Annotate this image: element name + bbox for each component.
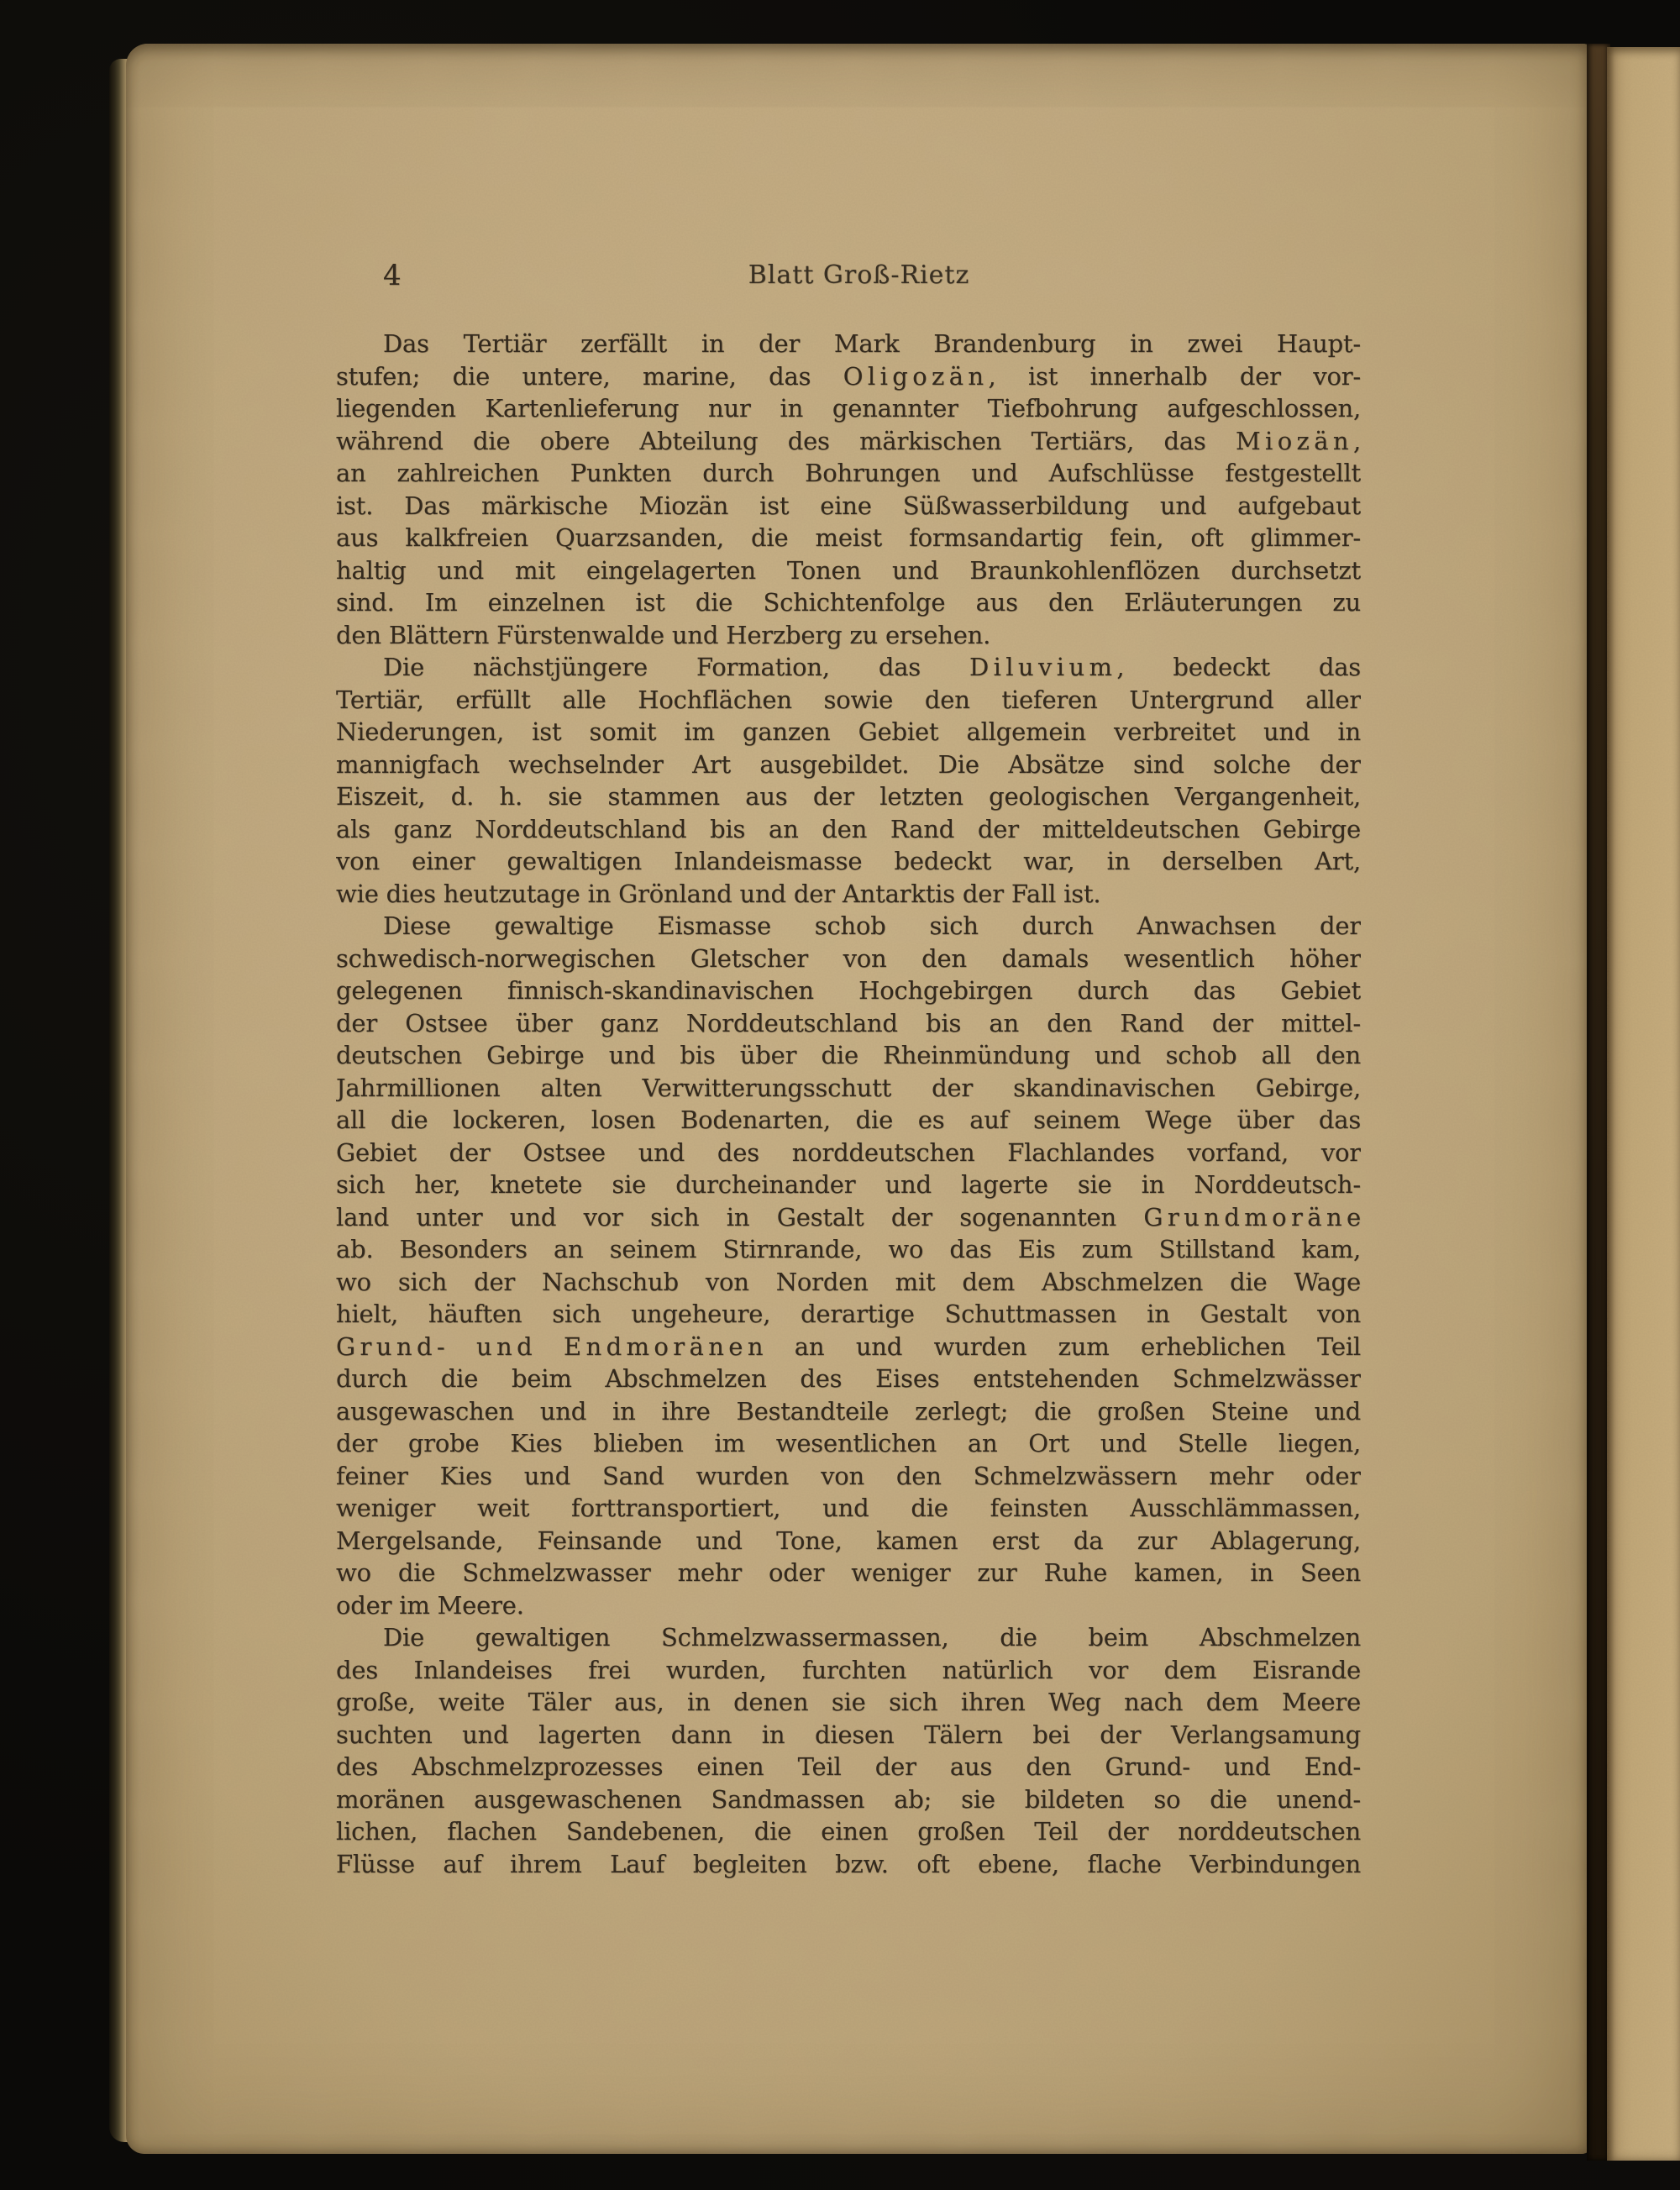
text-line: aus kalkfreien Quarzsanden, die meist fo…	[336, 522, 1361, 554]
text-line: haltig und mit eingelagerten Tonen und B…	[336, 554, 1361, 587]
text-line: Die nächstjüngere Formation, das D i l u…	[336, 651, 1361, 684]
text-line: Die gewaltigen Schmelzwassermassen, die …	[336, 1621, 1361, 1654]
text-line: suchten und lagerten dann in diesen Täle…	[336, 1719, 1361, 1751]
text-line: hielt, häuften sich ungeheure, derartige…	[336, 1298, 1361, 1331]
text-line: der Ostsee über ganz Norddeutschland bis…	[336, 1007, 1361, 1040]
text-line: der grobe Kies blieben im wesentlichen a…	[336, 1427, 1361, 1460]
text-line: mannigfach wechselnder Art ausgebildet. …	[336, 748, 1361, 781]
text-line: oder im Meere.	[336, 1589, 1361, 1622]
text-line: Flüsse auf ihrem Lauf begleiten bzw. oft…	[336, 1848, 1361, 1881]
text-line: den Blättern Fürstenwalde und Herzberg z…	[336, 619, 1361, 652]
text-line: ist. Das märkische Miozän ist eine Süßwa…	[336, 490, 1361, 523]
text-line: moränen ausgewaschenen Sandmassen ab; si…	[336, 1783, 1361, 1816]
text-line: Niederungen, ist somit im ganzen Gebiet …	[336, 716, 1361, 748]
text-line: Jahrmillionen alten Verwitterungsschutt …	[336, 1072, 1361, 1105]
text-line: Das Tertiär zerfällt in der Mark Branden…	[336, 328, 1361, 360]
text-line: sind. Im einzelnen ist die Schichtenfolg…	[336, 586, 1361, 619]
text-line: weniger weit forttransportiert, und die …	[336, 1492, 1361, 1525]
text-line: lichen, flachen Sandebenen, die einen gr…	[336, 1815, 1361, 1848]
text-line: Gebiet der Ostsee und des norddeutschen …	[336, 1137, 1361, 1169]
text-line: land unter und vor sich in Gestalt der s…	[336, 1201, 1361, 1234]
text-line: Tertiär, erfüllt alle Hochflächen sowie …	[336, 684, 1361, 717]
text-line: G r u n d - u n d E n d m o r ä n e n an…	[336, 1331, 1361, 1363]
text-line: Diese gewaltige Eismasse schob sich durc…	[336, 910, 1361, 943]
text-line: als ganz Norddeutschland bis an den Rand…	[336, 813, 1361, 846]
text-line: Mergelsande, Feinsande und Tone, kamen e…	[336, 1525, 1361, 1557]
text-line: wie dies heutzutage in Grönland und der …	[336, 878, 1361, 911]
page-header: 4 Blatt Groß-Rietz	[126, 259, 1592, 296]
text-line: wo die Schmelzwasser mehr oder weniger z…	[336, 1557, 1361, 1589]
text-line: an zahlreichen Punkten durch Bohrungen u…	[336, 457, 1361, 490]
paper-grain-texture	[1607, 47, 1680, 2161]
text-line: gelegenen finnisch-skandinavischen Hochg…	[336, 974, 1361, 1007]
text-block: Das Tertiär zerfällt in der Mark Branden…	[336, 328, 1361, 1880]
book-page: 4 Blatt Groß-Rietz Das Tertiär zerfällt …	[126, 44, 1592, 2154]
text-line: stufen; die untere, marine, das O l i g …	[336, 360, 1361, 393]
text-line: sich her, knetete sie durcheinander und …	[336, 1169, 1361, 1201]
text-line: große, weite Täler aus, in denen sie sic…	[336, 1686, 1361, 1719]
text-line: wo sich der Nachschub von Norden mit dem…	[336, 1266, 1361, 1299]
text-line: Eiszeit, d. h. sie stammen aus der letzt…	[336, 780, 1361, 813]
text-line: all die lockeren, losen Bodenarten, die …	[336, 1104, 1361, 1137]
text-line: deutschen Gebirge und bis über die Rhein…	[336, 1039, 1361, 1072]
text-line: des Inlandeises frei wurden, furchten na…	[336, 1654, 1361, 1687]
text-line: feiner Kies und Sand wurden von den Schm…	[336, 1460, 1361, 1493]
text-line: schwedisch-norwegischen Gletscher von de…	[336, 943, 1361, 975]
text-line: ausgewaschen und in ihre Bestandteile ze…	[336, 1395, 1361, 1428]
page-header-title: Blatt Groß-Rietz	[126, 260, 1592, 290]
text-line: von einer gewaltigen Inlandeismasse bede…	[336, 845, 1361, 878]
text-line: des Abschmelzprozesses einen Teil der au…	[336, 1751, 1361, 1783]
scan-background: 4 Blatt Groß-Rietz Das Tertiär zerfällt …	[0, 0, 1680, 2190]
paragraph: Das Tertiär zerfällt in der Mark Branden…	[336, 328, 1361, 651]
text-line: liegenden Kartenlieferung nur in genannt…	[336, 392, 1361, 425]
paragraph: Diese gewaltige Eismasse schob sich durc…	[336, 910, 1361, 1621]
next-page-edge	[1607, 47, 1680, 2161]
text-line: durch die beim Abschmelzen des Eises ent…	[336, 1363, 1361, 1395]
paragraph: Die gewaltigen Schmelzwassermassen, die …	[336, 1621, 1361, 1880]
text-line: während die obere Abteilung des märkisch…	[336, 425, 1361, 458]
paragraph: Die nächstjüngere Formation, das D i l u…	[336, 651, 1361, 910]
text-line: ab. Besonders an seinem Stirnrande, wo d…	[336, 1233, 1361, 1266]
